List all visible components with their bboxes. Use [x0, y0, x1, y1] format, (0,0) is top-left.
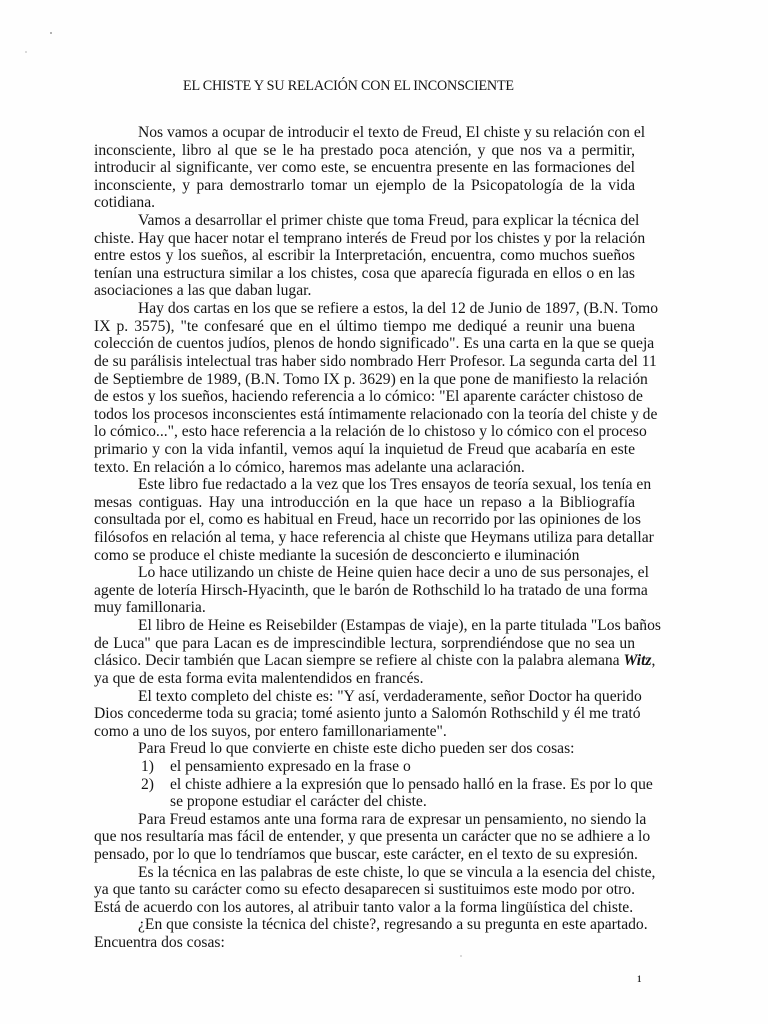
- text-line: Para Freud lo que convierte en chiste es…: [94, 740, 635, 758]
- text-line: el pensamiento expresado en la frase o: [170, 758, 635, 776]
- paragraph: Nos vamos a ocupar de introducir el text…: [94, 124, 635, 212]
- scan-speck: [25, 51, 27, 53]
- text-line: Este libro fue redactado a la vez que lo…: [94, 476, 635, 494]
- text-line: clásico. Decir también que Lacan siempre…: [94, 652, 635, 670]
- text-line: lo cómico...", esto hace referencia a la…: [94, 423, 635, 441]
- paragraph: Este libro fue redactado a la vez que lo…: [94, 476, 635, 564]
- paragraph: El libro de Heine es Reisebilder (Estamp…: [94, 617, 635, 687]
- paragraphs-before-list: Nos vamos a ocupar de introducir el text…: [94, 124, 635, 758]
- text-line: que nos resultaría mas fácil de entender…: [94, 828, 635, 846]
- text-line: como a uno de los suyos, por entero fami…: [94, 723, 635, 741]
- text-line: Dios concederme toda su gracia; tomé asi…: [94, 705, 635, 723]
- emphasized-word: Witz: [623, 652, 651, 669]
- text-line: de Septiembre de 1989, (B.N. Tomo IX p. …: [94, 371, 635, 389]
- text-line: el chiste adhiere a la expresión que lo …: [170, 776, 635, 794]
- numbered-list: 1)el pensamiento expresado en la frase o…: [94, 758, 635, 811]
- text-line: consultada por el, como es habitual en F…: [94, 511, 635, 529]
- text-line: agente de lotería Hirsch-Hyacinth, que l…: [94, 582, 635, 600]
- list-item: 2)el chiste adhiere a la expresión que l…: [94, 776, 635, 811]
- text-line: Encuentra dos cosas:: [94, 934, 635, 952]
- text-line: Vamos a desarrollar el primer chiste que…: [94, 212, 635, 230]
- text-line: Hay dos cartas en los que se refiere a e…: [94, 300, 635, 318]
- text-line: cotidiana.: [94, 194, 635, 212]
- text-line: Nos vamos a ocupar de introducir el text…: [94, 124, 635, 142]
- list-number: 1): [141, 758, 154, 776]
- paragraph: Vamos a desarrollar el primer chiste que…: [94, 212, 635, 300]
- text-line: tenían una estructura similar a los chis…: [94, 265, 635, 283]
- text-line: pensado, por lo que lo tendríamos que bu…: [94, 846, 635, 864]
- paragraph: ¿En que consiste la técnica del chiste?,…: [94, 916, 635, 951]
- text-line: ¿En que consiste la técnica del chiste?,…: [94, 916, 635, 934]
- text-line: El texto completo del chiste es: "Y así,…: [94, 688, 635, 706]
- paragraph: Lo hace utilizando un chiste de Heine qu…: [94, 564, 635, 617]
- text-line: texto. En relación a lo cómico, haremos …: [94, 459, 635, 477]
- text-line: inconsciente, libro al que se le ha pres…: [94, 142, 635, 160]
- text-line: inconsciente, y para demostrarlo tomar u…: [94, 177, 635, 195]
- scanned-page: EL CHISTE Y SU RELACIÓN CON EL INCONSCIE…: [0, 0, 768, 1024]
- paragraph: El texto completo del chiste es: "Y así,…: [94, 688, 635, 741]
- text-line: chiste. Hay que hacer notar el temprano …: [94, 230, 635, 248]
- list-number: 2): [141, 776, 154, 794]
- paragraph: Para Freud lo que convierte en chiste es…: [94, 740, 635, 758]
- text-line: filósofos en relación al tema, y hace re…: [94, 529, 635, 547]
- text-line: El libro de Heine es Reisebilder (Estamp…: [94, 617, 635, 635]
- text-line: Lo hace utilizando un chiste de Heine qu…: [94, 564, 635, 582]
- text-line: IX p. 3575), "te confesaré que en el últ…: [94, 318, 635, 336]
- text-line: mesas contiguas. Hay una introducción en…: [94, 494, 635, 512]
- text-line: como se produce el chiste mediante la su…: [94, 547, 635, 565]
- paragraph: Es la técnica en las palabras de este ch…: [94, 864, 635, 917]
- paragraph: Hay dos cartas en los que se refiere a e…: [94, 300, 635, 476]
- list-item: 1)el pensamiento expresado en la frase o: [94, 758, 635, 776]
- text-line: de Luca" que para Lacan es de imprescind…: [94, 635, 635, 653]
- text-line: muy famillonaria.: [94, 599, 635, 617]
- text-line: todos los procesos inconscientes está ín…: [94, 406, 635, 424]
- text-line: asociaciones a las que daban lugar.: [94, 282, 635, 300]
- text-line: de estos y los sueños, haciendo referenc…: [94, 388, 635, 406]
- text-line: Es la técnica en las palabras de este ch…: [94, 864, 635, 882]
- document-body: Nos vamos a ocupar de introducir el text…: [94, 124, 635, 952]
- text-line: se propone estudiar el carácter del chis…: [170, 793, 635, 811]
- text-line: ya que tanto su carácter como su efecto …: [94, 881, 635, 899]
- text-line: introducir al significante, ver como est…: [94, 159, 635, 177]
- text-line: Está de acuerdo con los autores, al atri…: [94, 899, 635, 917]
- document-title: EL CHISTE Y SU RELACIÓN CON EL INCONSCIE…: [183, 77, 520, 95]
- paragraph: Para Freud estamos ante una forma rara d…: [94, 811, 635, 864]
- scan-speck: [460, 955, 462, 957]
- text-line: entre estos y los sueños, al escribir la…: [94, 247, 635, 265]
- paragraphs-after-list: Para Freud estamos ante una forma rara d…: [94, 811, 635, 952]
- text-line: Para Freud estamos ante una forma rara d…: [94, 811, 635, 829]
- text-line: ya que de esta forma evita malentendidos…: [94, 670, 635, 688]
- scan-speck: [50, 32, 52, 34]
- text-line: primario y con la vida infantil, vemos a…: [94, 441, 635, 459]
- text-line: de su parálisis intelectual tras haber s…: [94, 353, 635, 371]
- page-number: 1: [637, 974, 642, 984]
- text-line: colección de cuentos judíos, plenos de h…: [94, 335, 635, 353]
